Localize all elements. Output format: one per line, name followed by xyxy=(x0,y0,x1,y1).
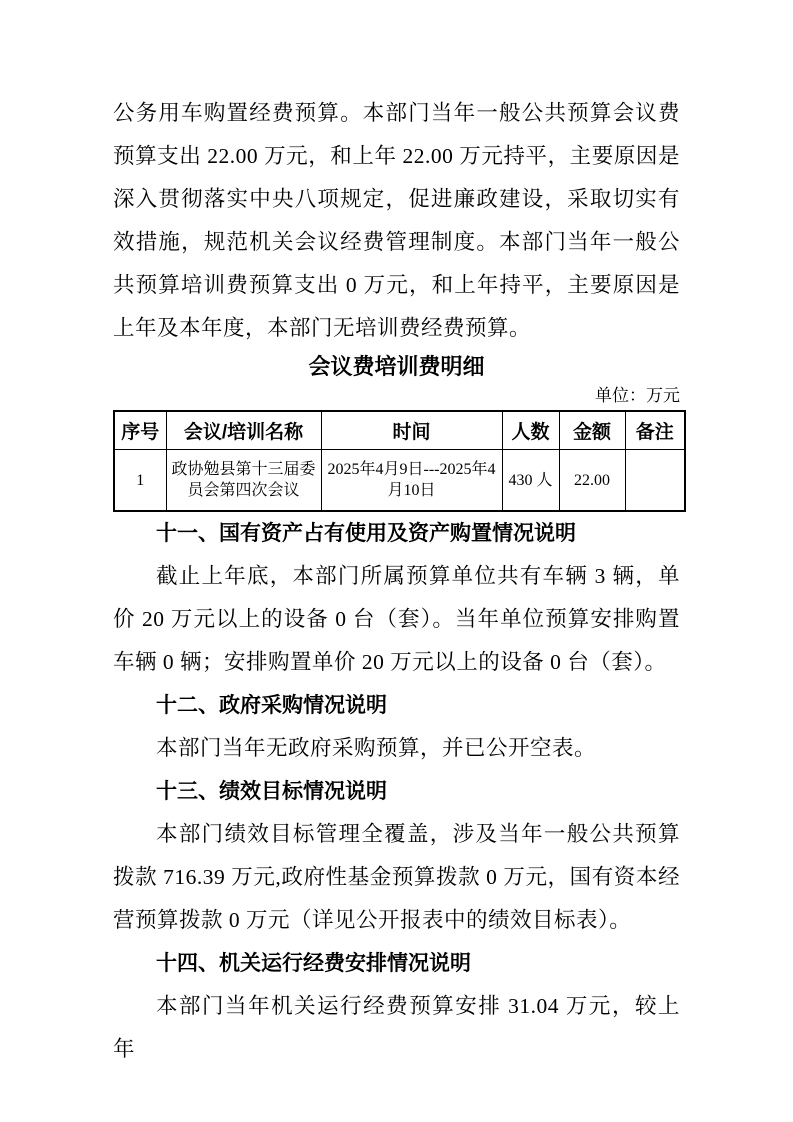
table-row: 1 政协勉县第十三届委员会第四次会议 2025年4月9日---2025年4月10… xyxy=(114,450,685,512)
header-amount: 金额 xyxy=(559,411,625,450)
section-12-heading: 十二、政府采购情况说明 xyxy=(113,684,680,727)
document-page: 公务用车购置经费预算。本部门当年一般公共预算会议费预算支出 22.00 万元，和… xyxy=(0,0,793,1122)
intro-paragraph: 公务用车购置经费预算。本部门当年一般公共预算会议费预算支出 22.00 万元，和… xyxy=(113,92,680,350)
header-index: 序号 xyxy=(114,411,166,450)
cell-note xyxy=(625,450,685,512)
header-meeting-name: 会议/培训名称 xyxy=(166,411,321,450)
section-11-body: 截止上年底，本部门所属预算单位共有车辆 3 辆，单价 20 万元以上的设备 0 … xyxy=(113,555,680,684)
section-11-heading: 十一、国有资产占有使用及资产购置情况说明 xyxy=(113,512,680,555)
section-12-body: 本部门当年无政府采购预算，并已公开空表。 xyxy=(113,727,680,770)
table-title: 会议费培训费明细 xyxy=(113,350,680,384)
unit-label: 单位：万元 xyxy=(113,386,680,406)
cell-meeting-name: 政协勉县第十三届委员会第四次会议 xyxy=(166,450,321,512)
cell-amount: 22.00 xyxy=(559,450,625,512)
header-people: 人数 xyxy=(502,411,559,450)
cell-time: 2025年4月9日---2025年4月10日 xyxy=(321,450,502,512)
section-14-body: 本部门当年机关运行经费预算安排 31.04 万元，较上年 xyxy=(113,985,680,1071)
cell-index: 1 xyxy=(114,450,166,512)
section-13-heading: 十三、绩效目标情况说明 xyxy=(113,770,680,813)
table-header-row: 序号 会议/培训名称 时间 人数 金额 备注 xyxy=(114,411,685,450)
section-14-heading: 十四、机关运行经费安排情况说明 xyxy=(113,942,680,985)
header-time: 时间 xyxy=(321,411,502,450)
header-note: 备注 xyxy=(625,411,685,450)
section-13-body: 本部门绩效目标管理全覆盖，涉及当年一般公共预算拨款 716.39 万元,政府性基… xyxy=(113,813,680,942)
cell-people: 430 人 xyxy=(502,450,559,512)
meeting-fee-table: 序号 会议/培训名称 时间 人数 金额 备注 1 政协勉县第十三届委员会第四次会… xyxy=(113,410,686,512)
